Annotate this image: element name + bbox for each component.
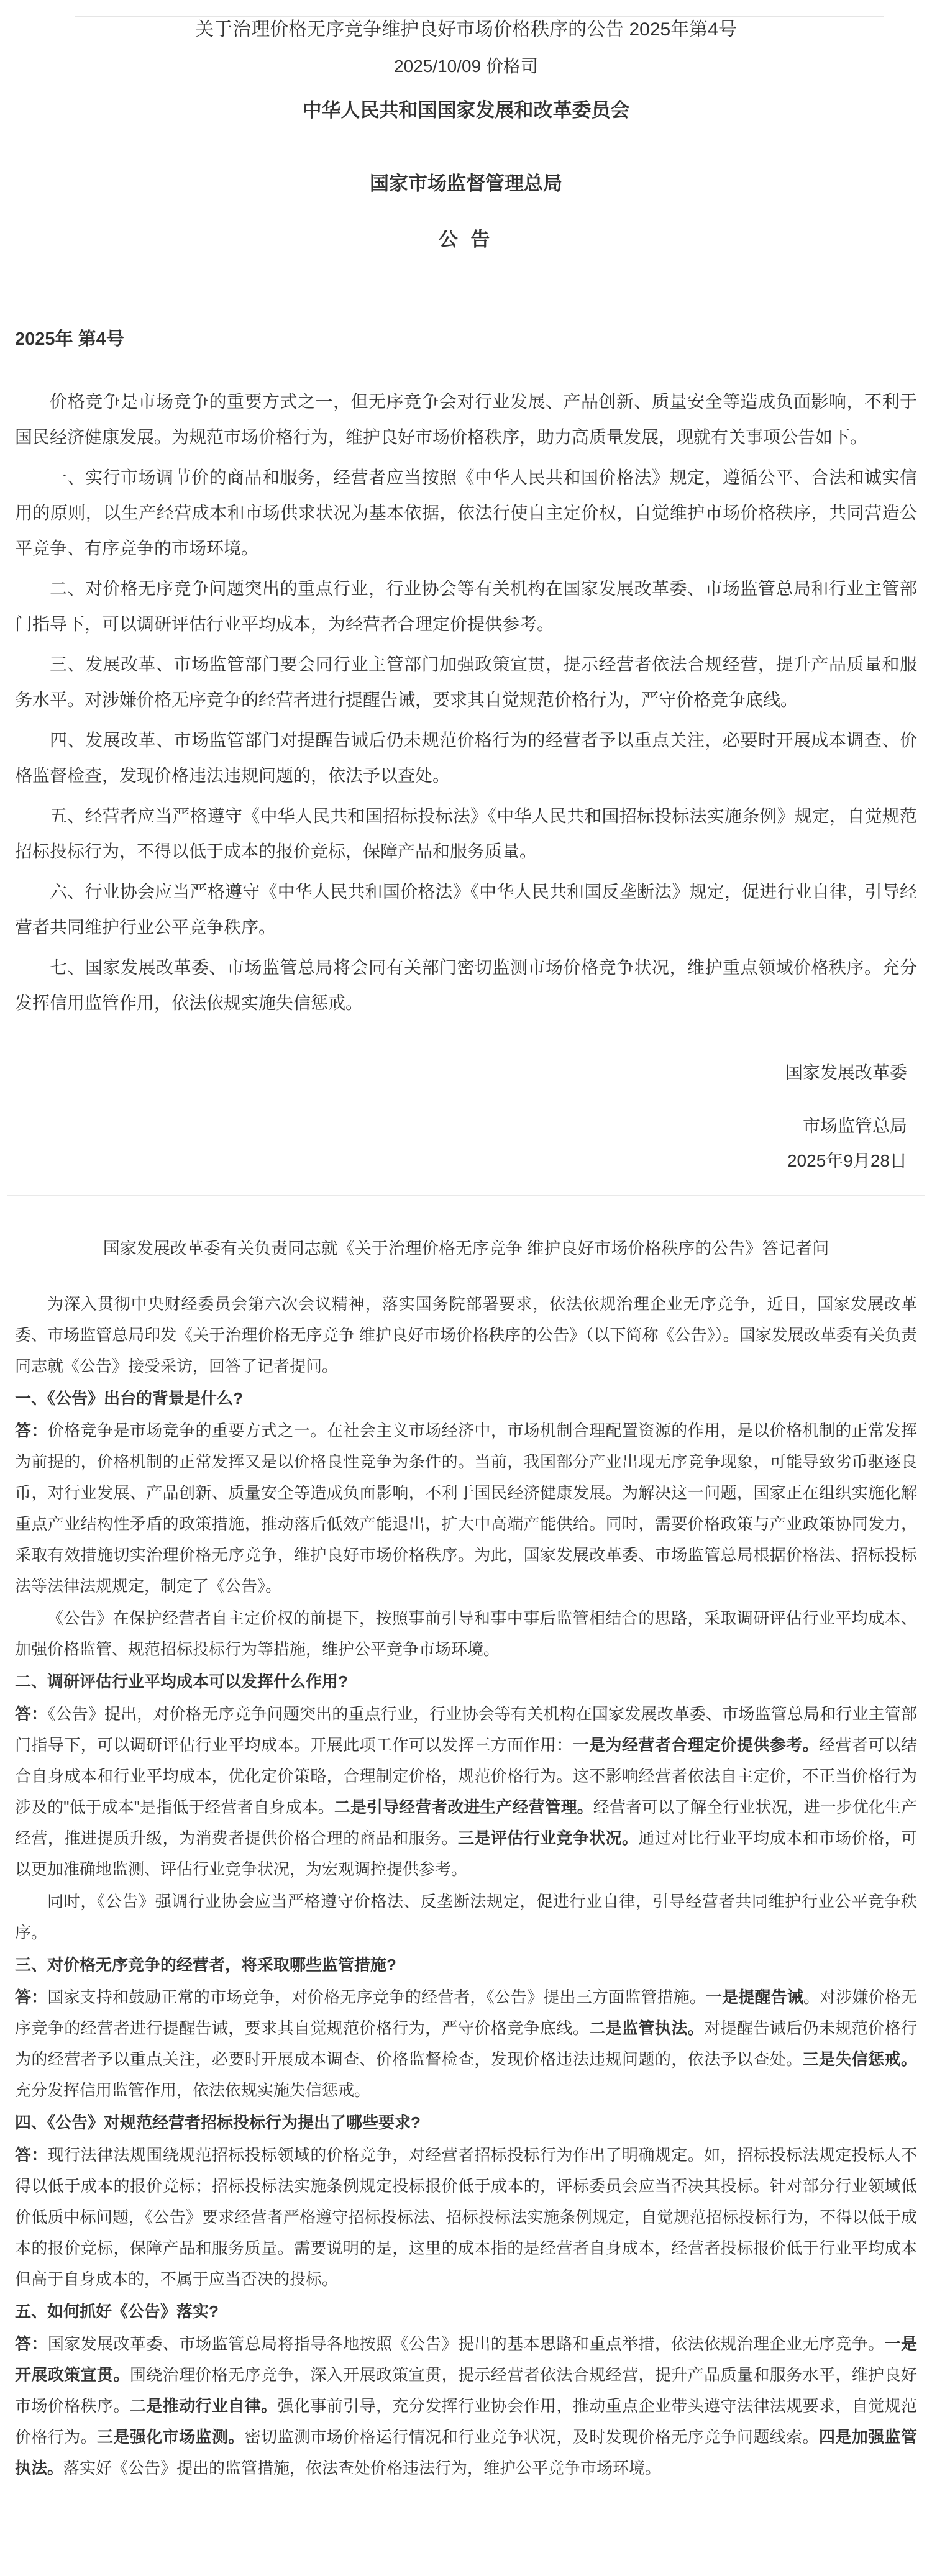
- signature-line: 国家发展改革委: [15, 1055, 907, 1090]
- answer-bold-segment: 一是提醒告诫: [706, 1988, 803, 2006]
- qa-answer-paragraph: 答：《公告》提出，对价格无序竞争问题突出的重点行业，行业协会等有关机构在国家发展…: [15, 1698, 917, 1885]
- signature-line: 2025年9月28日: [15, 1144, 907, 1178]
- answer-bold-segment: 二是引导经营者改进生产经营管理。: [334, 1798, 593, 1816]
- announcement-paragraph: 四、发展改革、市场监管部门对提醒告诫后仍未规范价格行为的经营者予以重点关注，必要…: [15, 722, 917, 793]
- signature-line: 市场监管总局: [15, 1109, 907, 1144]
- page-root: 关于治理价格无序竞争维护良好市场价格秩序的公告 2025年第4号 2025/10…: [0, 16, 932, 2503]
- answer-bold-segment: 二是推动行业自律。: [130, 2396, 278, 2415]
- qa-question: 四、《公告》对规范经营者招标投标行为提出了哪些要求?: [15, 2107, 917, 2138]
- top-border-line: [75, 16, 884, 17]
- answer-bold-segment: 答：: [15, 2334, 48, 2353]
- answer-bold-segment: 三是强化市场监测。: [97, 2428, 245, 2446]
- answer-bold-segment: 答：: [15, 2146, 48, 2164]
- announcement-paragraph: 价格竞争是市场竞争的重要方式之一，但无序竞争会对行业发展、产品创新、质量安全等造…: [15, 384, 917, 455]
- signature-block: 国家发展改革委市场监管总局2025年9月28日: [15, 1055, 917, 1178]
- answer-bold-segment: 三是评估行业竞争状况。: [458, 1829, 638, 1847]
- answer-text-segment: 落实好《公告》提出的监管措施，依法查处价格违法行为，维护公平竞争市场环境。: [63, 2459, 661, 2477]
- answer-bold-segment: 答：: [15, 1704, 47, 1723]
- announcement-paragraphs: 价格竞争是市场竞争的重要方式之一，但无序竞争会对行业发展、产品创新、质量安全等造…: [15, 384, 917, 1021]
- answer-text-segment: 价格竞争是市场竞争的重要方式之一。在社会主义市场经济中，市场机制合理配置资源的作…: [15, 1421, 917, 1595]
- announcement-paragraph: 三、发展改革、市场监管部门要会同行业主管部门加强政策宣贯，提示经营者依法合规经营…: [15, 647, 917, 717]
- announcement-date-line: 2025/10/09 价格司: [15, 55, 917, 78]
- qa-title: 国家发展改革委有关负责同志就《关于治理价格无序竞争 维护良好市场价格秩序的公告》…: [15, 1236, 917, 1261]
- agency-ndrc-heading: 中华人民共和国国家发展和改革委员会: [15, 97, 917, 124]
- announcement-paragraph: 七、国家发展改革委、市场监管总局将会同有关部门密切监测市场价格竞争状况，维护重点…: [15, 950, 917, 1021]
- answer-text-segment: 充分发挥信用监管作用，依法依规实施失信惩戒。: [15, 2081, 370, 2100]
- announcement-paragraph: 五、经营者应当严格遵守《中华人民共和国招标投标法》《中华人民共和国招标投标法实施…: [15, 798, 917, 869]
- answer-bold-segment: 二是监管执法。: [589, 2019, 704, 2037]
- answer-text-segment: 国家支持和鼓励正常的市场竞争，对价格无序竞争的经营者，《公告》提出三方面监管措施…: [47, 1988, 706, 2006]
- qa-answer-paragraph: 同时，《公告》强调行业协会应当严格遵守价格法、反垄断法规定，促进行业自律，引导经…: [15, 1886, 917, 1948]
- announcement-paragraph: 六、行业协会应当严格遵守《中华人民共和国价格法》《中华人民共和国反垄断法》规定，…: [15, 874, 917, 945]
- announcement-doc-type: 公 告: [15, 226, 917, 253]
- answer-text-segment: 国家发展改革委、市场监管总局将指导各地按照《公告》提出的基本思路和重点举措，依法…: [48, 2334, 885, 2353]
- qa-question: 五、如何抓好《公告》落实?: [15, 2296, 917, 2327]
- qa-answer-paragraph: 答：价格竞争是市场竞争的重要方式之一。在社会主义市场经济中，市场机制合理配置资源…: [15, 1415, 917, 1601]
- announcement-doc-number: 2025年 第4号: [15, 325, 917, 353]
- answer-text-segment: 密切监测市场价格运行情况和行业竞争状况，及时发现价格无序竞争问题线索。: [245, 2428, 819, 2446]
- qa-question: 三、对价格无序竞争的经营者，将采取哪些监管措施?: [15, 1949, 917, 1980]
- answer-bold-segment: 一是为经营者合理定价提供参考。: [573, 1736, 819, 1754]
- qa-items: 一、《公告》出台的背景是什么?答：价格竞争是市场竞争的重要方式之一。在社会主义市…: [15, 1383, 917, 2483]
- qa-answer-paragraph: 答：国家支持和鼓励正常的市场竞争，对价格无序竞争的经营者，《公告》提出三方面监管…: [15, 1982, 917, 2106]
- answer-text-segment: 同时，《公告》强调行业协会应当严格遵守价格法、反垄断法规定，促进行业自律，引导经…: [15, 1892, 917, 1942]
- qa-body: 为深入贯彻中央财经委员会第六次会议精神，落实国务院部署要求，依法依规治理企业无序…: [15, 1288, 917, 2483]
- answer-bold-segment: 答：: [15, 1421, 48, 1440]
- announcement-paragraph: 二、对价格无序竞争问题突出的重点行业，行业协会等有关机构在国家发展改革委、市场监…: [15, 571, 917, 642]
- qa-answer-paragraph: 答：现行法律法规围绕规范招标投标领域的价格竞争，对经营者招标投标行为作出了明确规…: [15, 2139, 917, 2295]
- answer-bold-segment: 答：: [15, 1988, 47, 2006]
- announcement-title: 关于治理价格无序竞争维护良好市场价格秩序的公告 2025年第4号: [15, 16, 917, 43]
- answer-bold-segment: 三是失信惩戒。: [803, 2050, 917, 2069]
- announcement-paragraph: 一、实行市场调节价的商品和服务，经营者应当按照《中华人民共和国价格法》规定，遵循…: [15, 460, 917, 566]
- qa-question: 一、《公告》出台的背景是什么?: [15, 1383, 917, 1414]
- qa-answer-paragraph: 答：国家发展改革委、市场监管总局将指导各地按照《公告》提出的基本思路和重点举措，…: [15, 2328, 917, 2483]
- section-divider: [7, 1195, 925, 1196]
- answer-text-segment: 现行法律法规围绕规范招标投标领域的价格竞争，对经营者招标投标行为作出了明确规定。…: [15, 2146, 917, 2288]
- qa-question: 二、调研评估行业平均成本可以发挥什么作用?: [15, 1666, 917, 1697]
- agency-samr-heading: 国家市场监督管理总局: [15, 170, 917, 198]
- qa-answer-paragraph: 《公告》在保护经营者自主定价权的前提下，按照事前引导和事中事后监管相结合的思路，…: [15, 1603, 917, 1665]
- answer-text-segment: 《公告》在保护经营者自主定价权的前提下，按照事前引导和事中事后监管相结合的思路，…: [15, 1609, 917, 1659]
- qa-intro-paragraph: 为深入贯彻中央财经委员会第六次会议精神，落实国务院部署要求，依法依规治理企业无序…: [15, 1288, 917, 1381]
